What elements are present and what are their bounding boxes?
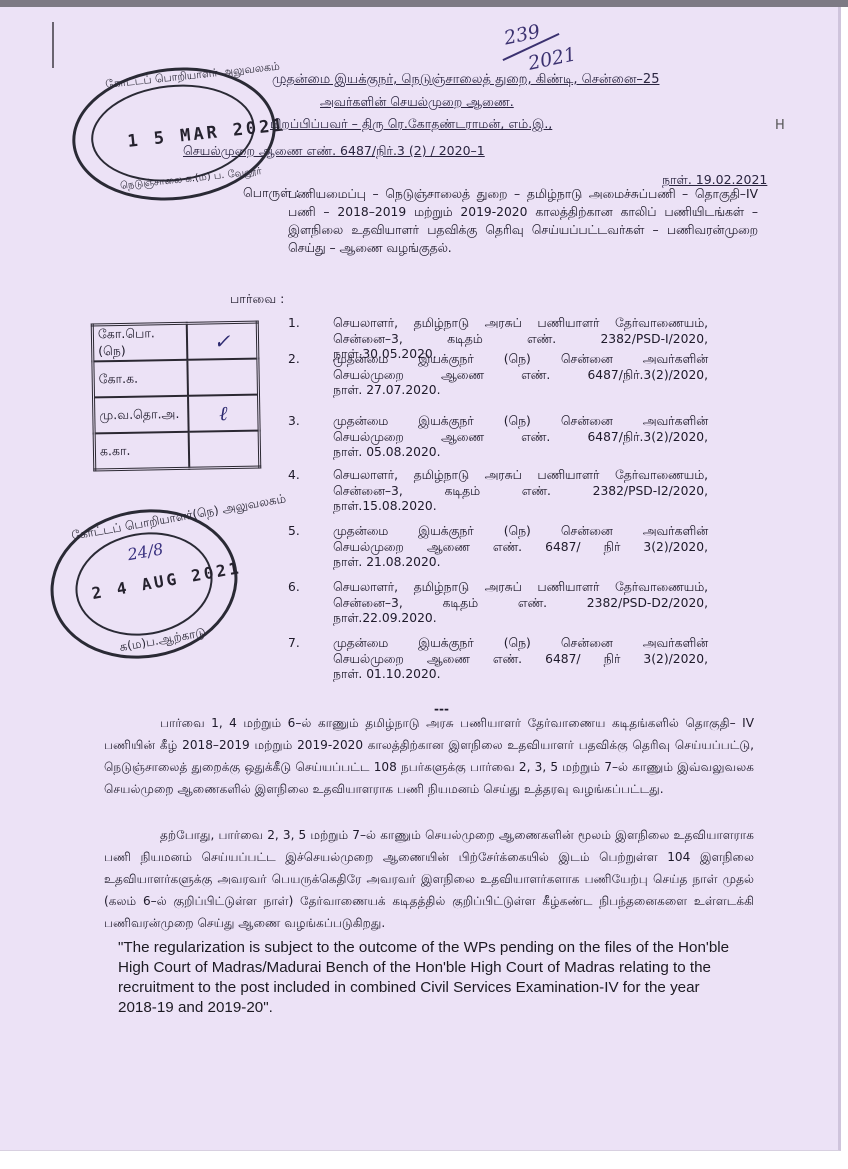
reference-line: செயல்முறை ஆணை எண். 6487/ நிர் 3(2)/2020, <box>333 652 708 668</box>
reference-line: முதன்மை இயக்குநர் (நெ) சென்னை அவர்களின் <box>333 352 708 368</box>
routing-row: கோ.பொ.(நெ)✓ <box>92 322 258 361</box>
reference-line: செயல்முறை ஆணை எண். 6487/நிர்.3(2)/2020, <box>333 368 708 384</box>
reference-item: 7.முதன்மை இயக்குநர் (நெ) சென்னை அவர்களின… <box>288 636 708 683</box>
reference-line: செயலாளர், தமிழ்நாடு அரசுப் பணியாளர் தேர்… <box>333 580 708 596</box>
paragraph-2: தற்போது, பார்வை 2, 3, 5 மற்றும் 7–ல் காண… <box>104 824 754 934</box>
reference-item: 5.முதன்மை இயக்குநர் (நெ) சென்னை அவர்களின… <box>288 524 708 571</box>
reference-line: நாள். 21.08.2020. <box>333 555 708 571</box>
reference-line: செயல்முறை ஆணை எண். 6487/ நிர் 3(2)/2020, <box>333 540 708 556</box>
header-issued-by: பிறப்பிப்பவர் – திரு ரெ.கோதண்டராமன், எம்… <box>270 116 552 133</box>
reference-line: நாள்.22.09.2020. <box>333 611 708 627</box>
routing-label: கோ.க. <box>93 360 188 398</box>
reference-number: 5. <box>288 524 300 540</box>
regularization-condition-quote: "The regularization is subject to the ou… <box>118 938 738 1018</box>
reference-line: நாள். 01.10.2020. <box>333 667 708 683</box>
reference-line: முதன்மை இயக்குநர் (நெ) சென்னை அவர்களின் <box>333 414 708 430</box>
header-issuer: முதன்மை இயக்குநர், நெடுஞ்சாலைத் துறை, கி… <box>272 72 659 88</box>
header-proceedings: அவர்களின் செயல்முறை ஆணை. <box>320 94 514 111</box>
pen-mark <box>52 22 54 68</box>
reference-item: 3.முதன்மை இயக்குநர் (நெ) சென்னை அவர்களின… <box>288 414 708 461</box>
routing-row: கோ.க. <box>93 359 259 398</box>
reference-number: 2. <box>288 352 300 368</box>
reference-number: 7. <box>288 636 300 652</box>
reference-number: 4. <box>288 468 300 484</box>
routing-signature <box>189 431 260 469</box>
routing-signature <box>187 359 258 396</box>
scan-edge <box>0 0 848 7</box>
references-label: பார்வை : <box>230 291 284 308</box>
reference-line: செயலாளர், தமிழ்நாடு அரசுப் பணியாளர் தேர்… <box>333 316 708 332</box>
routing-label: மு.வ.தொ.அ. <box>94 396 189 434</box>
reference-number: 1. <box>288 316 300 332</box>
reference-line: முதன்மை இயக்குநர் (நெ) சென்னை அவர்களின் <box>333 524 708 540</box>
routing-label: க.கா. <box>94 432 189 470</box>
reference-line: நாள். 05.08.2020. <box>333 445 708 461</box>
paragraph-1: பார்வை 1, 4 மற்றும் 6–ல் காணும் தமிழ்நாட… <box>104 712 754 800</box>
reference-line: சென்னை–3, கடிதம் எண். 2382/PSD-I/2020, <box>333 332 708 348</box>
reference-line: நாள். 27.07.2020. <box>333 383 708 399</box>
reference-line: சென்னை–3, கடிதம் எண். 2382/PSD-D2/2020, <box>333 596 708 612</box>
reference-line: செயலாளர், தமிழ்நாடு அரசுப் பணியாளர் தேர்… <box>333 468 708 484</box>
reference-number: 6. <box>288 580 300 596</box>
routing-signature: ℓ <box>188 395 259 432</box>
reference-line: முதன்மை இயக்குநர் (நெ) சென்னை அவர்களின் <box>333 636 708 652</box>
reference-item: 2.முதன்மை இயக்குநர் (நெ) சென்னை அவர்களின… <box>288 352 708 399</box>
routing-box: கோ.பொ.(நெ)✓கோ.க.மு.வ.தொ.அ.ℓக.கா. <box>91 321 262 472</box>
routing-row: மு.வ.தொ.அ.ℓ <box>94 395 260 434</box>
reference-item: 6.செயலாளர், தமிழ்நாடு அரசுப் பணியாளர் தே… <box>288 580 708 627</box>
reference-item: 4.செயலாளர், தமிழ்நாடு அரசுப் பணியாளர் தே… <box>288 468 708 515</box>
routing-label: கோ.பொ.(நெ) <box>92 323 187 361</box>
subject-text: பணியமைப்பு – நெடுஞ்சாலைத் துறை – தமிழ்நா… <box>288 185 758 257</box>
reference-line: செயல்முறை ஆணை எண். 6487/நிர்.3(2)/2020, <box>333 430 708 446</box>
routing-signature: ✓ <box>187 322 258 360</box>
reference-number: 3. <box>288 414 300 430</box>
margin-note: H <box>775 118 785 133</box>
routing-row: க.கா. <box>94 431 260 470</box>
reference-line: சென்னை–3, கடிதம் எண். 2382/PSD-I2/2020, <box>333 484 708 500</box>
reference-line: நாள்.15.08.2020. <box>333 499 708 515</box>
